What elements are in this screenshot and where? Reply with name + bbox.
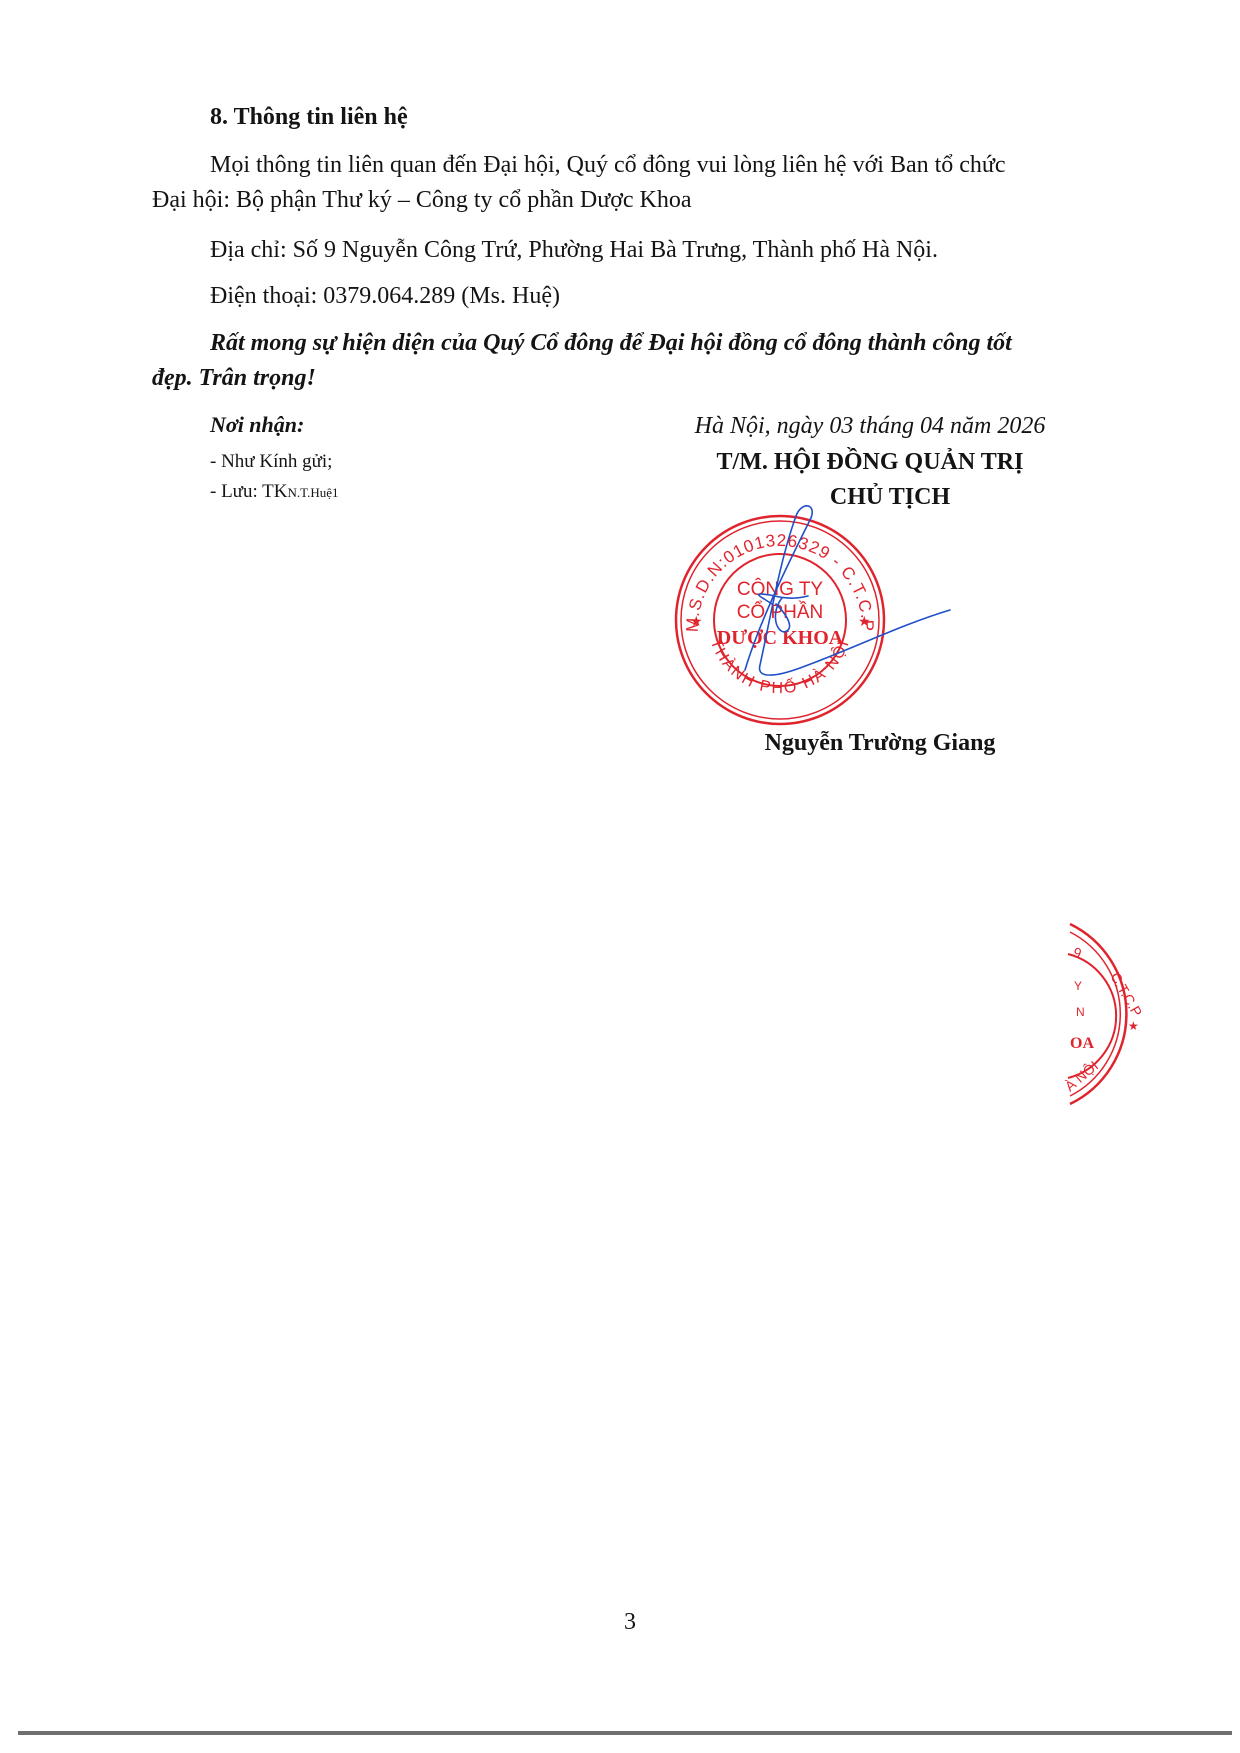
- contact-address: Địa chỉ: Số 9 Nguyễn Công Trứ, Phường Ha…: [210, 238, 938, 262]
- archive-label: - Lưu: TK: [210, 481, 288, 502]
- svg-text:★: ★: [1128, 1019, 1139, 1033]
- on-behalf-title: T/M. HỘI ĐỒNG QUẢN TRỊ: [640, 450, 1100, 474]
- svg-text:Y: Y: [1074, 979, 1082, 993]
- closing-line2: đẹp. Trân trọng!: [152, 366, 316, 390]
- edge-stamp-fragment: 9 C.T.C.P Y N OA ★ À NỘI: [1080, 918, 1200, 1118]
- closing-line1: Rất mong sự hiện diện của Quý Cổ đông để…: [210, 331, 1012, 355]
- svg-text:N: N: [1076, 1005, 1085, 1019]
- footer-rule: [18, 1731, 1232, 1735]
- page-number: 3: [620, 1610, 640, 1634]
- contact-phone: Điện thoại: 0379.064.289 (Ms. Huệ): [210, 284, 560, 308]
- archive-initials: N.T.Huệ1: [288, 485, 339, 500]
- contact-intro-line1: Mọi thông tin liên quan đến Đại hội, Quý…: [210, 153, 1006, 177]
- section-heading: 8. Thông tin liên hệ: [210, 104, 408, 131]
- recipient-item-archive: - Lưu: TKN.T.Huệ1: [210, 481, 339, 503]
- contact-intro-line2: Đại hội: Bộ phận Thư ký – Công ty cổ phầ…: [152, 188, 692, 212]
- handwritten-signature: [700, 500, 1000, 700]
- signer-name: Nguyễn Trường Giang: [650, 731, 1110, 755]
- place-date: Hà Nội, ngày 03 tháng 04 năm 2026: [640, 414, 1100, 438]
- recipient-item: - Như Kính gửi;: [210, 451, 332, 473]
- svg-text:OA: OA: [1070, 1035, 1094, 1052]
- recipients-label: Nơi nhận:: [210, 414, 304, 436]
